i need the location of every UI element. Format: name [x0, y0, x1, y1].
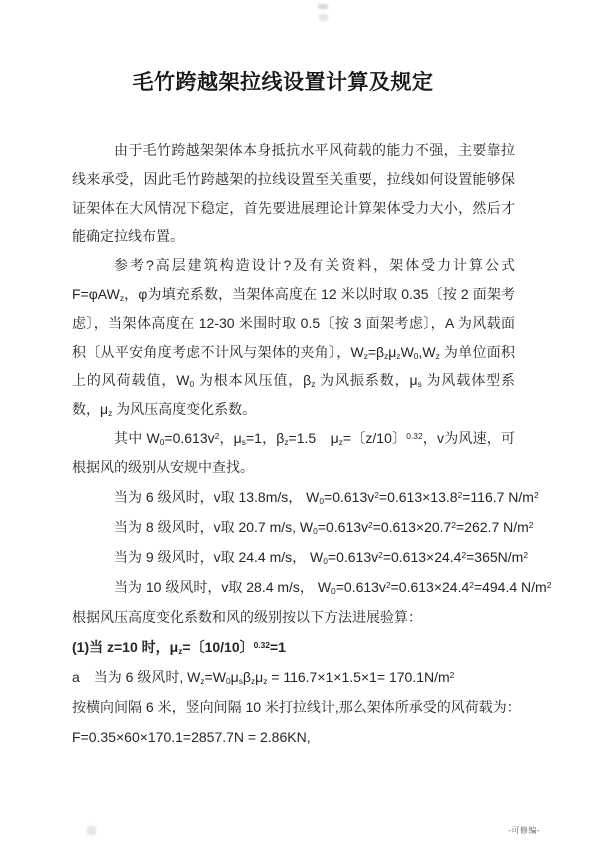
scan-artifact — [319, 14, 328, 21]
line-case1-heading: (1)当 z=10 时，μz=〔10/10〕0.32=1 — [72, 632, 515, 662]
line-assumption: 按横向间隔 6 米，竖向间隔 10 米打拉线计,那么架体所承受的风荷载为： — [72, 692, 515, 722]
document-page: 毛竹跨越架拉线设置计算及规定 由于毛竹跨越架架体本身抵抗水平风荷载的能力不强，主… — [0, 0, 596, 842]
line-wind-level-6: 当为 6 级风时，v取 13.8m/s， W0=0.613v2=0.613×13… — [72, 482, 515, 512]
paragraph-intro: 由于毛竹跨越架架体本身抵抗水平风荷载的能力不强，主要靠拉线来承受，因此毛竹跨越架… — [72, 136, 515, 251]
line-method-note: 根据风压高度变化系数和风的级别按以下方法进展验算： — [72, 602, 515, 632]
footer-note: -可修编- — [508, 825, 540, 836]
scan-artifact — [87, 826, 96, 835]
scan-artifact — [318, 4, 328, 9]
paragraph-formula-reference: 参考?高层建筑构造设计?及有关资料，架体受力计算公式 F=φAWz，φ为填充系数… — [72, 251, 515, 424]
line-wind-level-9: 当为 9 级风时，v取 24.4 m/s， W0=0.613v2=0.613×2… — [72, 542, 515, 572]
paragraph-constants: 其中 W0=0.613v2，μs=1，βz=1.5 μz=〔z/10〕0.32，… — [72, 424, 515, 482]
line-case1-sub-a: a 当为 6 级风时, Wz=W0μsβzμz = 116.7×1×1.5×1=… — [72, 662, 515, 692]
line-wind-level-8: 当为 8 级风时，v取 20.7 m/s, W0=0.613v2=0.613×2… — [72, 512, 515, 542]
document-title: 毛竹跨越架拉线设置计算及规定 — [0, 66, 566, 96]
line-result: F=0.35×60×170.1=2857.7N = 2.86KN, — [72, 722, 515, 752]
line-wind-level-10: 当为 10 级风时，v取 28.4 m/s， W0=0.613v2=0.613×… — [72, 572, 515, 602]
document-body: 由于毛竹跨越架架体本身抵抗水平风荷载的能力不强，主要靠拉线来承受，因此毛竹跨越架… — [72, 136, 515, 752]
